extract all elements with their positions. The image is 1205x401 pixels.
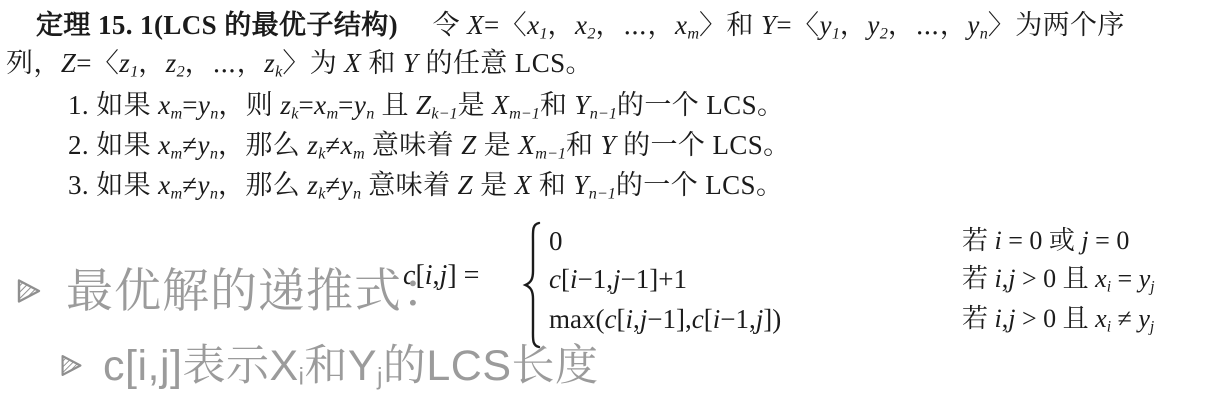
formula-case-expr-2: c[i−1,j−1]+1 — [549, 263, 687, 295]
theorem-item-3: 3. 如果 xm≠yn，那么 zk≠yn 意味着 Z 是 X 和 Yn−1的一个… — [68, 169, 783, 210]
slide: 定理 15. 1(LCS 的最优子结构) 令 X=〈x1，x2，⋯，xm〉和 Y… — [0, 0, 1205, 401]
theorem-intro-line-1: 定理 15. 1(LCS 的最优子结构) 令 X=〈x1，x2，⋯，xm〉和 Y… — [36, 9, 1125, 50]
formula-case-expr-3: max(c[i,j−1],c[i−1,j]) — [549, 303, 781, 335]
theorem-intro-line-2: 列，Z=〈z1，z2，⋯，zk〉为 X 和 Y 的任意 LCS。 — [6, 47, 593, 88]
formula-case-condition-3: 若 i,j > 0 且 xi ≠ yj — [962, 303, 1154, 343]
formula-case-condition-1: 若 i = 0 或 j = 0 — [962, 225, 1129, 257]
formula-case-condition-2: 若 i,j > 0 且 xi = yj — [962, 263, 1155, 303]
bullet-label: 最优解的递推式： — [66, 263, 450, 319]
bullet-triangle-icon — [15, 277, 43, 305]
bullet-triangle-icon — [59, 353, 84, 378]
bullet-label: c[i,j]表示Xi和Yj的LCS长度 — [103, 341, 599, 401]
formula-case-expr-1: 0 — [549, 225, 563, 257]
curly-brace — [521, 220, 545, 350]
theorem-item-1: 1. 如果 xm=yn，则 zk=xm=yn 且 Zk−1是 Xm−1和 Yn−… — [68, 89, 784, 130]
theorem-intro-text: 令 X=〈x1，x2，⋯，xm〉和 Y=〈y1，y2，⋯，yn〉为两个序 — [398, 10, 1125, 40]
theorem-item-2: 2. 如果 xm≠yn，那么 zk≠xm 意味着 Z 是 Xm−1和 Y 的一个… — [68, 129, 791, 170]
theorem-title: 定理 15. 1(LCS 的最优子结构) — [36, 10, 398, 40]
